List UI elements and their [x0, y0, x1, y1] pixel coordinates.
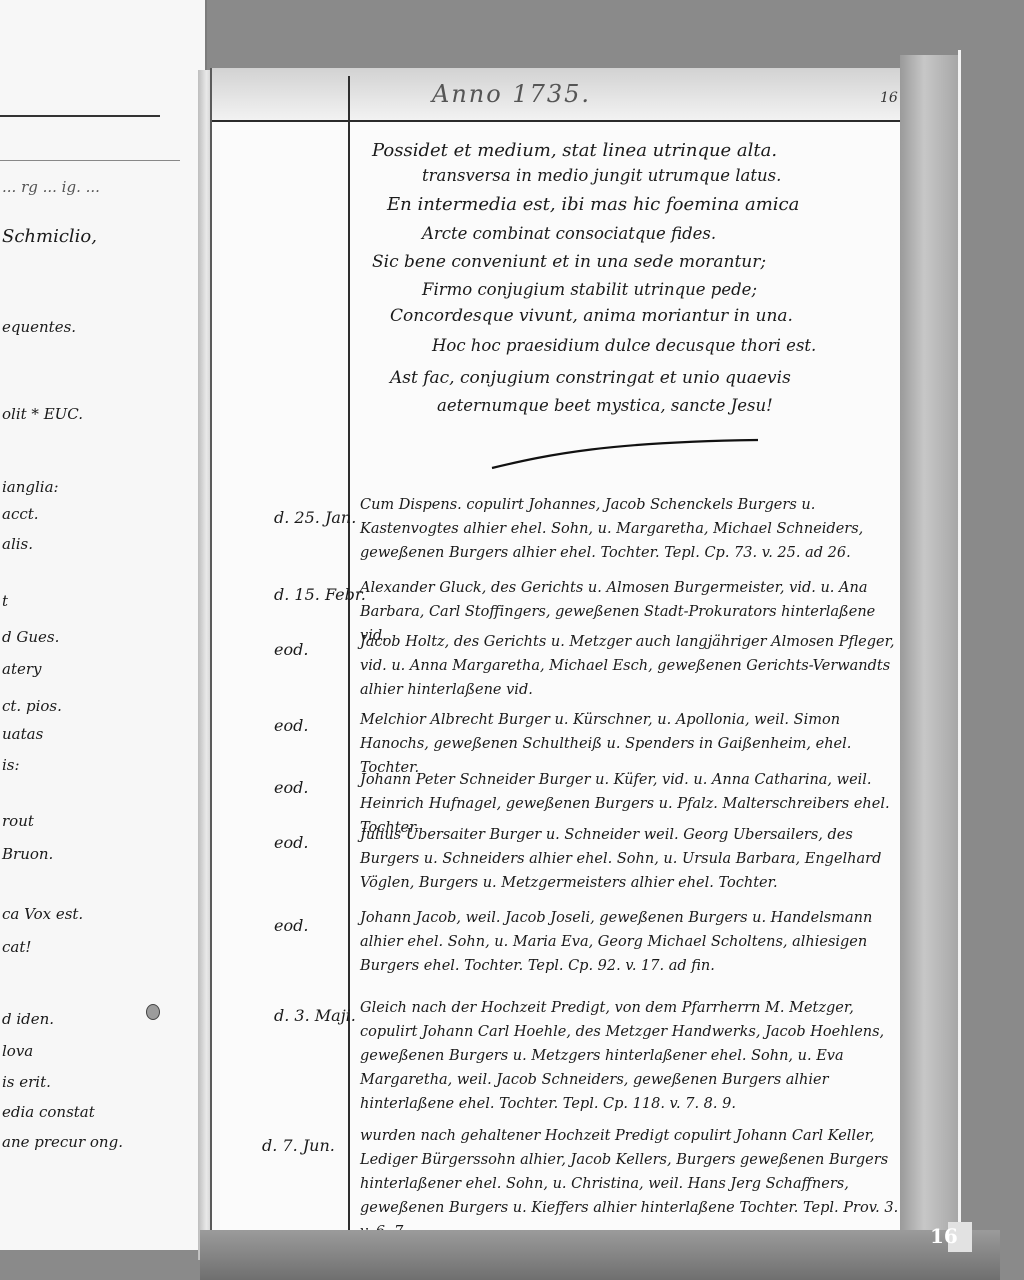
left-fragment: d iden.	[2, 1010, 54, 1028]
left-page: ... rg ... ig. ... Schmiclio, equentes. …	[0, 0, 207, 1250]
entry-text: wurden nach gehaltener Hochzeit Predigt …	[360, 1124, 900, 1244]
year-heading: Anno 1735.	[432, 80, 591, 108]
poem-line: Hoc hoc praesidium dulce decusque thori …	[432, 336, 816, 355]
poem-line: En intermedia est, ibi mas hic foemina a…	[387, 194, 799, 215]
left-fragment: Schmiclio,	[2, 226, 97, 247]
left-fragment: t	[2, 592, 8, 610]
bottom-shadow	[200, 1230, 1000, 1280]
poem-line: aeternumque beet mystica, sancte Jesu!	[437, 396, 773, 415]
entry-date: eod.	[274, 916, 308, 935]
page-number: 16	[880, 90, 898, 106]
entry-text: Johann Jacob, weil. Jacob Joseli, geweße…	[360, 906, 900, 978]
left-fragment: equentes.	[2, 318, 76, 336]
left-fragment: uatas	[2, 725, 43, 743]
left-fragment: lova	[2, 1042, 33, 1060]
poem-line: Firmo conjugium stabilit utrinque pede;	[422, 280, 757, 299]
left-page-second-rule	[0, 160, 180, 161]
poem-line: Ast fac, conjugium constringat et unio q…	[390, 368, 791, 388]
entry-text: Jacob Holtz, des Gerichts u. Metzger auc…	[360, 630, 900, 702]
ink-blot	[146, 1004, 160, 1020]
left-fragment: ... rg ... ig. ...	[2, 178, 100, 196]
left-fragment: is:	[2, 756, 20, 774]
left-fragment: is erit.	[2, 1073, 51, 1091]
left-fragment: Bruon.	[2, 845, 53, 863]
entry-date: d. 15. Febr.	[274, 585, 366, 604]
left-fragment: olit * EUC.	[2, 405, 83, 423]
date-column-rule	[348, 76, 350, 1246]
entry-date: eod.	[274, 778, 308, 797]
entry-date: d. 25. Jan.	[274, 508, 356, 527]
left-fragment: ianglia:	[2, 478, 59, 496]
page-edge-line	[958, 50, 961, 1270]
entry-date: eod.	[274, 833, 308, 852]
left-page-top-rule	[0, 115, 160, 117]
left-fragment: alis.	[2, 535, 33, 553]
entry-date: eod.	[274, 716, 308, 735]
divider-flourish	[490, 436, 760, 472]
poem-line: transversa in medio jungit utrumque latu…	[422, 166, 781, 185]
poem-line: Arcte combinat consociatque fides.	[422, 224, 716, 243]
entry-text: Julius Ubersaiter Burger u. Schneider we…	[360, 823, 900, 895]
entry-text: Gleich nach der Hochzeit Predigt, von de…	[360, 996, 900, 1116]
poem-line: Sic bene conveniunt et in una sede moran…	[372, 252, 766, 272]
left-fragment: atery	[2, 660, 42, 678]
left-fragment: acct.	[2, 505, 39, 523]
left-fragment: ct. pios.	[2, 697, 62, 715]
left-fragment: ane precur ong.	[2, 1133, 123, 1151]
left-fragment: rout	[2, 812, 34, 830]
left-fragment: edia constat	[2, 1103, 95, 1121]
poem-line: Concordesque vivunt, anima moriantur in …	[390, 306, 793, 326]
right-page: Anno 1735. 16 Possidet et medium, stat l…	[210, 68, 902, 1253]
poem-line: Possidet et medium, stat linea utrinque …	[372, 140, 777, 161]
entry-date: d. 3. Maji.	[274, 1006, 356, 1025]
corner-mark: 16	[930, 1224, 958, 1248]
entry-date: d. 7. Jun.	[262, 1136, 335, 1155]
left-fragment: ca Vox est.	[2, 905, 83, 923]
page-edge-shadow	[900, 55, 960, 1265]
entry-date: eod.	[274, 640, 308, 659]
left-fragment: cat!	[2, 938, 31, 956]
left-fragment: d Gues.	[2, 628, 59, 646]
entry-text: Cum Dispens. copulirt Johannes, Jacob Sc…	[360, 493, 900, 565]
